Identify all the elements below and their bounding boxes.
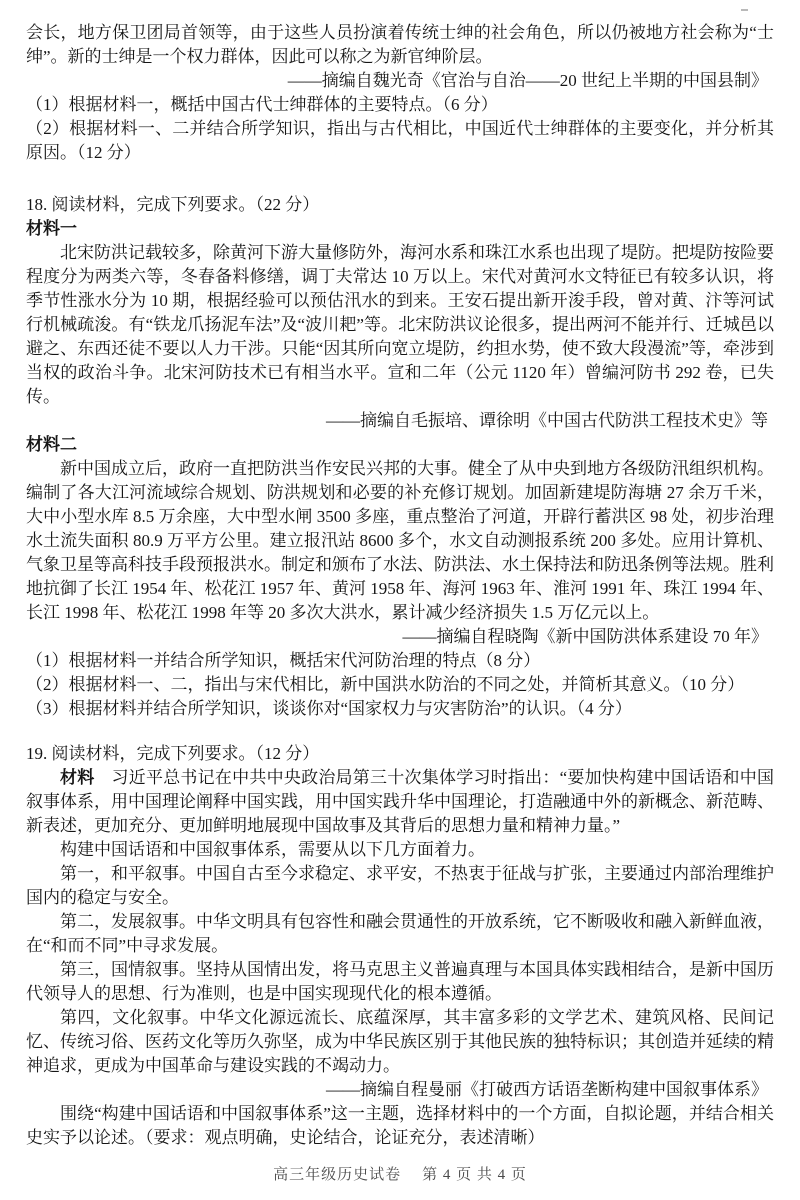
q19-point-3: 第三，国情叙事。坚持从国情出发，将马克思主义普遍真理与本国具体实践相结合，是新中… [26, 958, 774, 1006]
q18-source-citation-1: ——摘编自毛振培、谭徐明《中国古代防洪工程技术史》等 [26, 409, 774, 433]
footer-page-number: 第 4 页 共 4 页 [422, 1167, 527, 1183]
q18-source-citation-2: ——摘编自程晓陶《新中国防洪体系建设 70 年》 [26, 625, 774, 649]
page-footer: 高三年级历史试卷第 4 页 共 4 页 [0, 1166, 800, 1184]
q19-material-paragraph: 材料习近平总书记在中共中央政治局第三十次集体学习时指出：“要加快构建中国话语和中… [26, 766, 774, 838]
question-17-tail: 会长，地方保卫团局首领等，由于这些人员扮演着传统士绅的社会角色，所以仍被地方社会… [26, 21, 774, 165]
scan-artifact [741, 9, 748, 11]
q18-material-2-text: 新中国成立后，政府一直把防洪当作安民兴邦的大事。健全了从中央到地方各级防汛组织机… [26, 457, 774, 625]
q17-continuation-text: 会长，地方保卫团局首领等，由于这些人员扮演着传统士绅的社会角色，所以仍被地方社会… [26, 21, 774, 69]
q19-task-text: 围绕“构建中国话语和中国叙事体系”这一主题，选择材料中的一个方面，自拟论题，并结… [26, 1102, 774, 1150]
footer-exam-title: 高三年级历史试卷 [273, 1167, 401, 1183]
question-19: 19. 阅读材料，完成下列要求。（12 分） 材料习近平总书记在中共中央政治局第… [26, 742, 774, 1150]
q18-subquestion-3: （3）根据材料并结合所学知识，谈谈你对“国家权力与灾害防治”的认识。（4 分） [26, 697, 774, 721]
q18-material-1-label: 材料一 [26, 217, 774, 241]
q19-lead-sentence: 构建中国话语和中国叙事体系，需要从以下几方面着力。 [26, 838, 774, 862]
q18-subquestion-2: （2）根据材料一、二，指出与宋代相比，新中国洪水防治的不同之处，并简析其意义。（… [26, 673, 774, 697]
q17-subquestion-1: （1）根据材料一，概括中国古代士绅群体的主要特点。（6 分） [26, 93, 774, 117]
q17-source-citation: ——摘编自魏光奇《官治与自治——20 世纪上半期的中国县制》 [26, 69, 774, 93]
question-18: 18. 阅读材料，完成下列要求。（22 分） 材料一 北宋防洪记载较多，除黄河下… [26, 193, 774, 721]
q19-point-2: 第二，发展叙事。中华文明具有包容性和融会贯通性的开放系统，它不断吸收和融入新鲜血… [26, 910, 774, 958]
q18-header: 18. 阅读材料，完成下列要求。（22 分） [26, 193, 774, 217]
q19-material-label: 材料 [60, 768, 94, 787]
exam-paper-page: 会长，地方保卫团局首领等，由于这些人员扮演着传统士绅的社会角色，所以仍被地方社会… [0, 0, 800, 1200]
q19-source-citation: ——摘编自程曼丽《打破西方话语垄断构建中国叙事体系》 [26, 1078, 774, 1102]
q19-point-4: 第四，文化叙事。中华文化源远流长、底蕴深厚，其丰富多彩的文学艺术、建筑风格、民间… [26, 1006, 774, 1078]
q19-material-text: 习近平总书记在中共中央政治局第三十次集体学习时指出：“要加快构建中国话语和中国叙… [26, 768, 774, 835]
q19-point-1: 第一，和平叙事。中国自古至今求稳定、求平安，不热衷于征战与扩张，主要通过内部治理… [26, 862, 774, 910]
q19-header: 19. 阅读材料，完成下列要求。（12 分） [26, 742, 774, 766]
q18-material-2-label: 材料二 [26, 433, 774, 457]
q17-subquestion-2: （2）根据材料一、二并结合所学知识，指出与古代相比，中国近代士绅群体的主要变化，… [26, 117, 774, 165]
q18-subquestion-1: （1）根据材料一并结合所学知识，概括宋代河防治理的特点（8 分） [26, 649, 774, 673]
q18-material-1-text: 北宋防洪记载较多，除黄河下游大量修防外，海河水系和珠江水系也出现了堤防。把堤防按… [26, 241, 774, 409]
